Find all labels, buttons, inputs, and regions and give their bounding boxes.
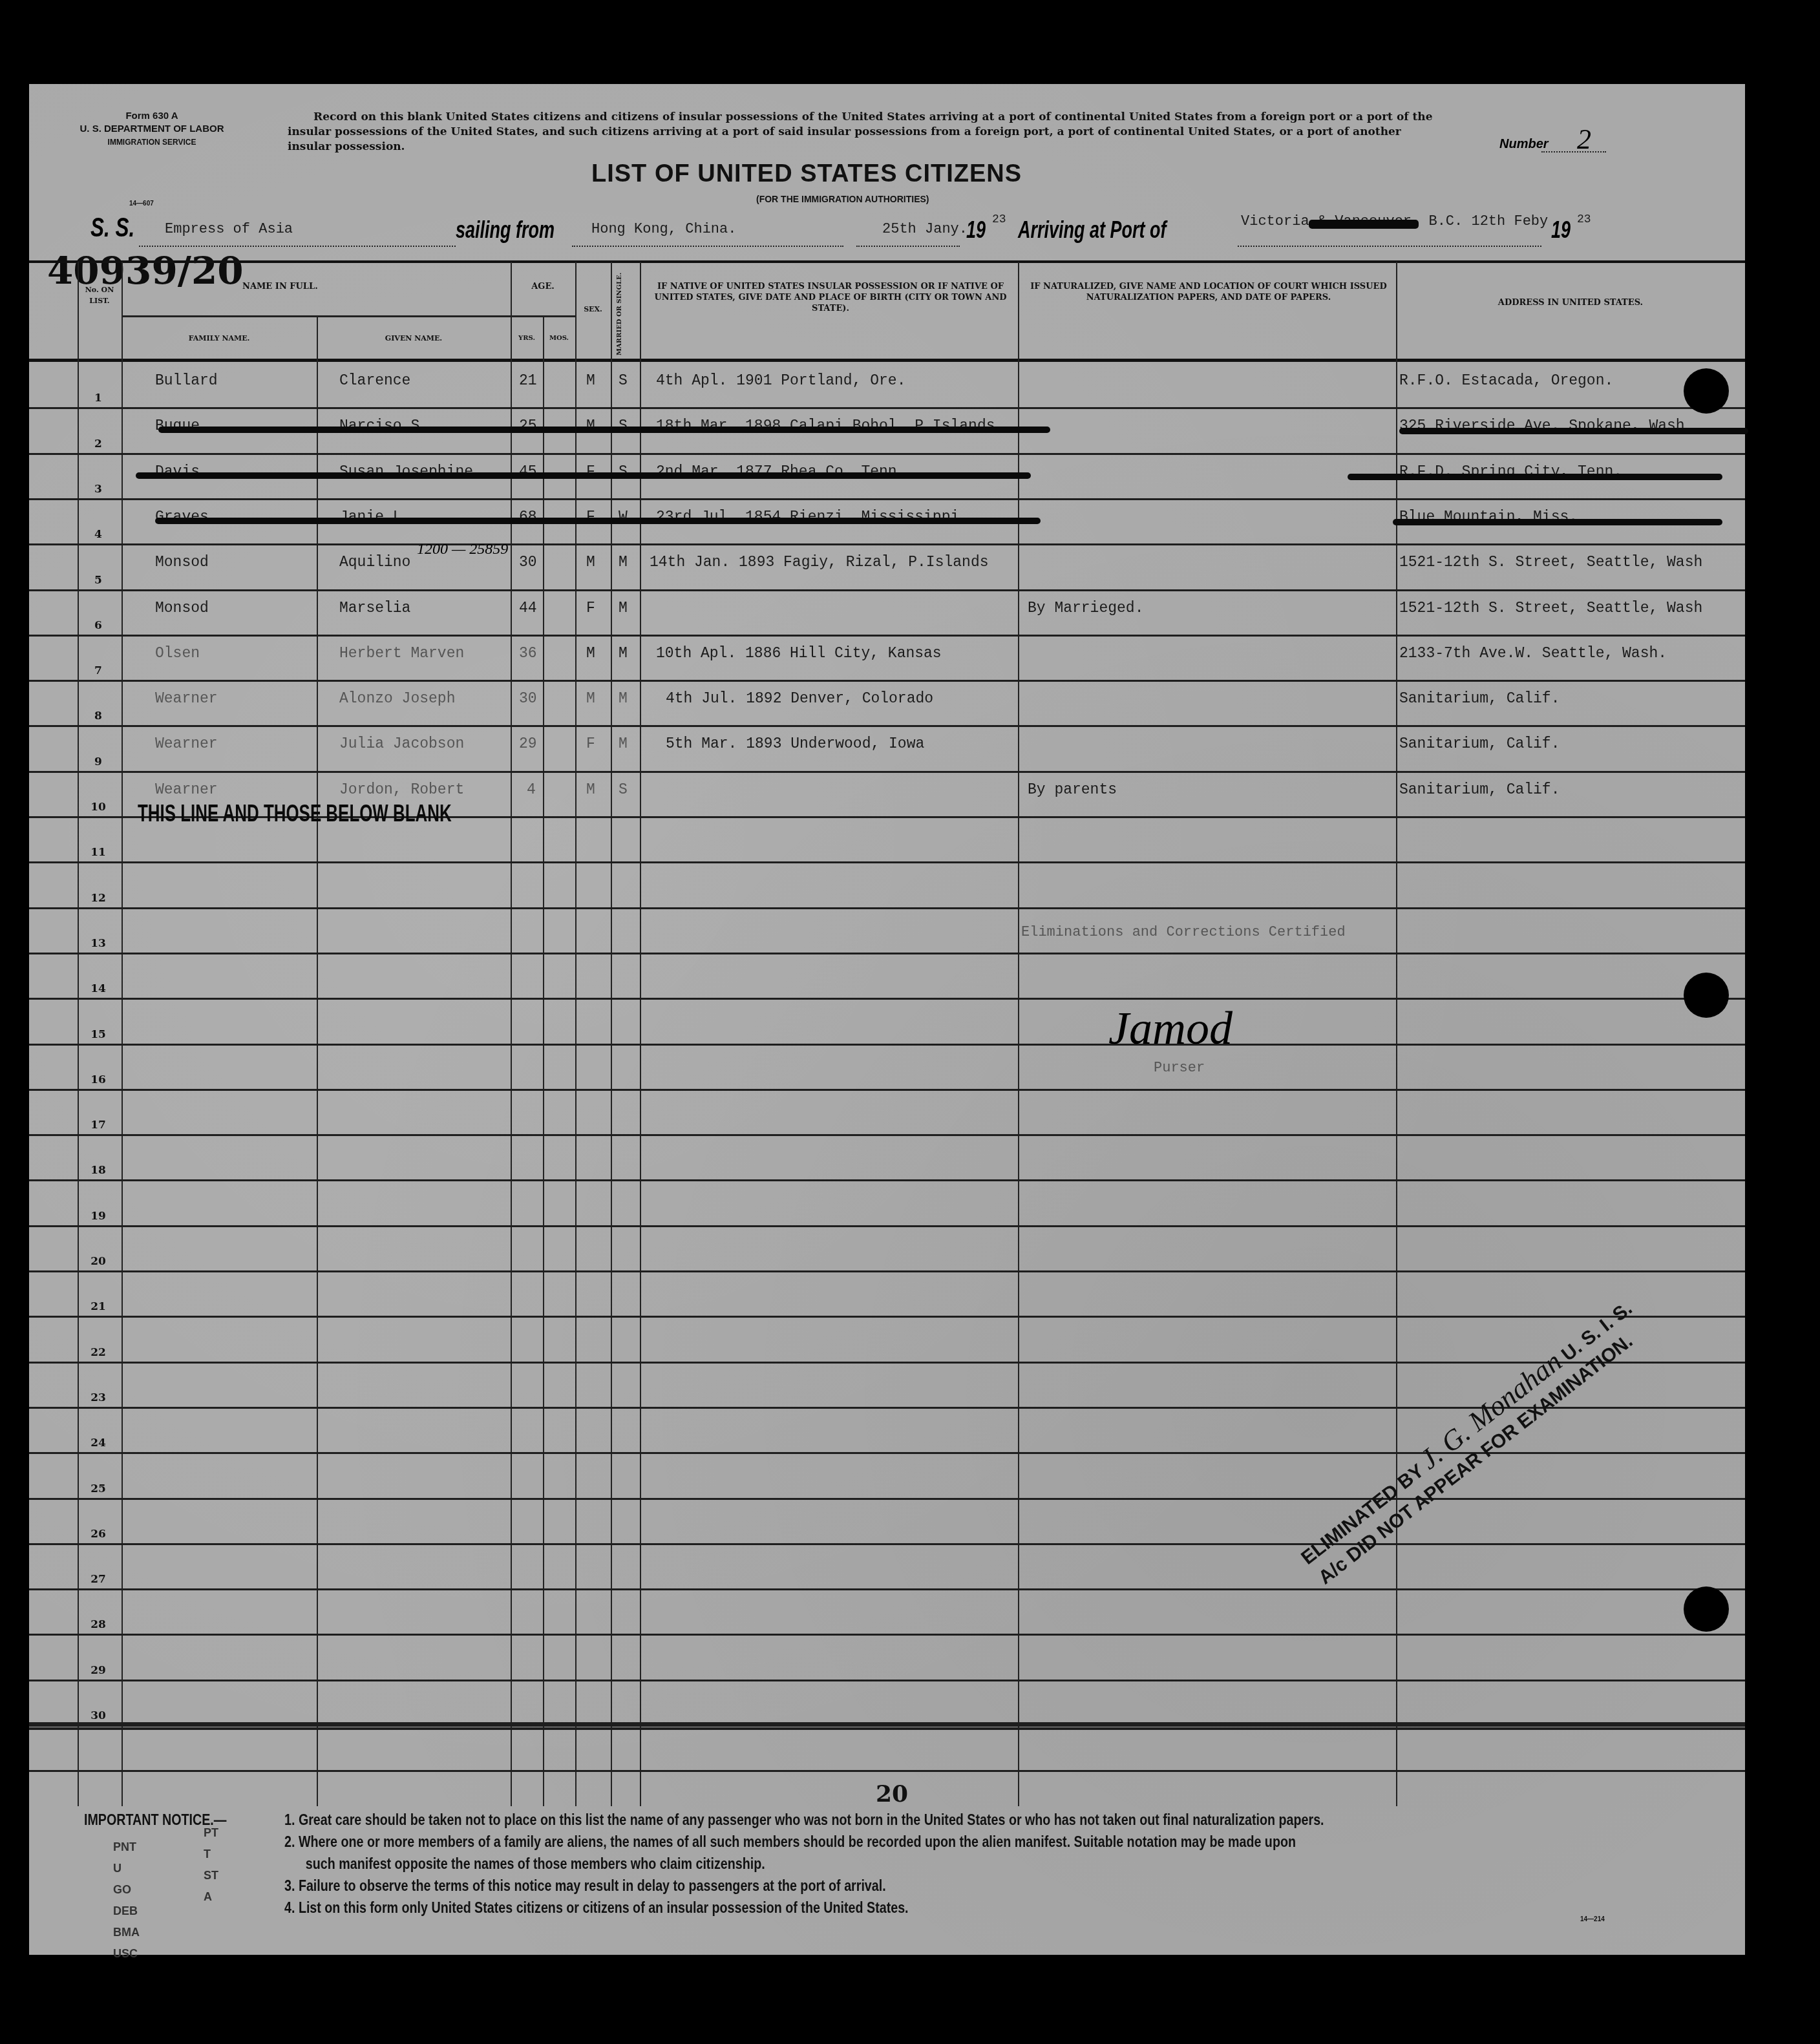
table-row: Monsod Aquilino 1200 — 25859 30 M M 14th… <box>29 547 1745 586</box>
page-number: 20 <box>876 1780 908 1807</box>
row-divider <box>29 1134 1745 1136</box>
arrival-year-prefix: 19 <box>1551 216 1571 244</box>
row-divider <box>29 725 1745 727</box>
table-row-struck: Graves Janie L. 68 F W 23rd Jul. 1854 Ri… <box>29 502 1745 541</box>
code-st: ST <box>204 1865 218 1886</box>
marital-status: S <box>619 781 628 798</box>
family-name: Wearner <box>155 781 218 798</box>
given-name: Jordon, Robert <box>339 781 464 798</box>
marital-status: S <box>619 372 628 389</box>
age: 30 <box>519 554 537 571</box>
check-codes-left: PNT U GO DEB BMA USC <box>113 1837 140 1965</box>
header-given-name: GIVEN NAME. <box>317 333 511 344</box>
strikeout-line <box>155 518 1041 524</box>
header-name-in-full: NAME IN FULL. <box>242 281 318 292</box>
sailing-from-label: sailing from <box>456 216 555 244</box>
address: Sanitarium, Calif. <box>1399 690 1560 707</box>
row-divider <box>29 1543 1745 1545</box>
purser-label: Purser <box>1154 1060 1205 1076</box>
age: 36 <box>519 645 537 662</box>
marital-status: M <box>619 600 628 616</box>
row-divider <box>29 1089 1745 1091</box>
row-number: 12 <box>79 892 118 905</box>
purser-signature: Jamod <box>1108 1002 1233 1055</box>
check-codes-right: PT T ST A <box>204 1822 218 1908</box>
row-number: 20 <box>79 1255 118 1268</box>
address: Sanitarium, Calif. <box>1399 735 1560 752</box>
family-name: Wearner <box>155 735 218 752</box>
row-number: 17 <box>79 1119 118 1132</box>
punch-hole <box>1684 368 1729 414</box>
sex: F <box>586 735 595 752</box>
departure-date-line <box>856 246 960 247</box>
header-yrs: YRS. <box>511 333 543 344</box>
ss-label: S. S. <box>90 212 134 243</box>
sex: M <box>586 372 595 389</box>
given-name: Marselia <box>339 600 410 616</box>
notice-3: 3. Failure to observe the terms of this … <box>284 1875 1715 1897</box>
punch-hole <box>1684 1586 1729 1632</box>
strikeout-line <box>1348 474 1722 480</box>
family-name: Olsen <box>155 645 200 662</box>
row-divider <box>29 1498 1745 1500</box>
marital-status: M <box>619 554 628 571</box>
row-divider <box>29 589 1745 591</box>
header-native: IF NATIVE OF UNITED STATES INSULAR POSSE… <box>650 281 1011 314</box>
table-row: Wearner Alonzo Joseph 30 M M 4th Jul. 18… <box>29 684 1745 722</box>
sex: M <box>586 781 595 798</box>
row-divider <box>29 1044 1745 1046</box>
port-from: Hong Kong, China. <box>591 221 736 237</box>
manifest-page: Form 630 A U. S. DEPARTMENT OF LABOR IMM… <box>29 84 1745 1955</box>
marital-status: M <box>619 645 628 662</box>
blank-lines-stamp: THIS LINE AND THOSE BELOW BLANK <box>138 800 452 827</box>
page-subtitle: (FOR THE IMMIGRATION AUTHORITIES) <box>756 194 929 204</box>
family-name: Wearner <box>155 690 218 707</box>
file-number-stamp: 40939/20 <box>47 249 244 293</box>
given-name: Herbert Marven <box>339 645 464 662</box>
arrival-year: 23 <box>1577 213 1591 226</box>
header-mos: MOS. <box>543 333 575 344</box>
address: Sanitarium, Calif. <box>1399 781 1560 798</box>
code-pt: PT <box>204 1822 218 1844</box>
instructions-text: Record on this blank United States citiz… <box>288 110 1438 154</box>
row-number: 25 <box>79 1482 118 1495</box>
table-top-border <box>29 260 1745 263</box>
print-code-top: 14—607 <box>129 200 154 207</box>
table-row: Monsod Marselia 44 F M By Marrieged. 152… <box>29 593 1745 632</box>
marital-status: M <box>619 690 628 707</box>
birth-info: 5th Mar. 1893 Underwood, Iowa <box>666 735 924 752</box>
punch-hole <box>1684 973 1729 1018</box>
row-number: 14 <box>79 982 118 995</box>
birth-info: 4th Jul. 1892 Denver, Colorado <box>666 690 933 707</box>
port-arrival-line <box>1238 246 1541 247</box>
row-divider <box>29 1270 1745 1272</box>
row-number: 11 <box>79 846 118 859</box>
arriving-label: Arriving at Port of <box>1018 216 1167 244</box>
row-number: 21 <box>79 1300 118 1313</box>
department: U. S. DEPARTMENT OF LABOR <box>78 123 226 136</box>
row-number: 28 <box>79 1618 118 1631</box>
row-divider <box>29 635 1745 637</box>
sex: M <box>586 690 595 707</box>
row-divider <box>29 1634 1745 1636</box>
row-divider <box>29 1725 1745 1727</box>
address: 1521-12th S. Street, Seattle, Wash <box>1399 600 1702 616</box>
row-divider <box>29 498 1745 500</box>
code-deb: DEB <box>113 1901 140 1922</box>
strikeout-vancouver <box>1309 220 1419 229</box>
header-naturalized: IF NATURALIZED, GIVE NAME AND LOCATION O… <box>1028 281 1390 303</box>
row-number: 23 <box>79 1391 118 1404</box>
row-divider <box>29 1680 1745 1681</box>
code-u: U <box>113 1858 140 1879</box>
row-divider <box>29 680 1745 682</box>
row-divider <box>29 771 1745 773</box>
row-number: 19 <box>79 1210 118 1223</box>
header-family-name: FAMILY NAME. <box>122 333 317 344</box>
header-no-on-list: No. ON LIST. <box>78 284 121 306</box>
row-number: 29 <box>79 1664 118 1677</box>
code-usc: USC <box>113 1943 140 1965</box>
print-code-bottom: 14—214 <box>1580 1916 1605 1923</box>
departure-year: 23 <box>992 213 1006 226</box>
certification-text: Eliminations and Corrections Certified <box>1021 924 1346 940</box>
row-divider <box>29 1225 1745 1227</box>
birth-info: 4th Apl. 1901 Portland, Ore. <box>656 372 905 389</box>
row-number: 26 <box>79 1528 118 1541</box>
service: IMMIGRATION SERVICE <box>78 136 226 149</box>
given-name: Alonzo Joseph <box>339 690 455 707</box>
age: 44 <box>519 600 537 616</box>
row-divider <box>29 953 1745 954</box>
given-name: Julia Jacobson <box>339 735 464 752</box>
address: 1521-12th S. Street, Seattle, Wash <box>1399 554 1702 571</box>
code-a: A <box>204 1886 218 1908</box>
name-subheader-line <box>122 315 575 317</box>
number-line <box>1541 151 1606 153</box>
marital-status: M <box>619 735 628 752</box>
table-row-struck: Buque Narciso S. 25 M S 18th Mar. 1898 C… <box>29 411 1745 450</box>
family-name: Monsod <box>155 600 209 616</box>
table-bottom-border-2 <box>29 1727 1745 1730</box>
important-notices: 1. Great care should be taken not to pla… <box>284 1809 1715 1919</box>
table-header-bottom-border <box>29 359 1745 362</box>
row-number: 18 <box>79 1164 118 1177</box>
strikeout-line <box>1393 519 1722 525</box>
family-name: Monsod <box>155 554 209 571</box>
row-divider <box>29 1770 1745 1772</box>
notice-2-cont: such manifest opposite the names of thos… <box>284 1853 1715 1875</box>
row-divider <box>29 453 1745 455</box>
notice-2: 2. Where one or more members of a family… <box>284 1831 1715 1853</box>
given-name: Aquilino <box>339 554 410 571</box>
sex: M <box>586 554 595 571</box>
row-number: 24 <box>79 1437 118 1449</box>
form-reference: Form 630 A U. S. DEPARTMENT OF LABOR IMM… <box>78 110 226 149</box>
row-number: 27 <box>79 1573 118 1586</box>
strikeout-line <box>136 472 1031 479</box>
strikeout-line <box>1399 428 1748 434</box>
age: 4 <box>527 781 536 798</box>
row-number: 22 <box>79 1346 118 1359</box>
age: 30 <box>519 690 537 707</box>
row-divider <box>29 407 1745 409</box>
departure-date: 25th Jany. <box>882 221 968 237</box>
table-bottom-border <box>29 1722 1745 1725</box>
row-divider <box>29 998 1745 1000</box>
number-value: 2 <box>1577 123 1591 156</box>
header-married-single: MARRIED OR SINGLE. <box>616 265 623 355</box>
code-t: T <box>204 1844 218 1865</box>
row-divider <box>29 1362 1745 1364</box>
ship-name: Empress of Asia <box>165 221 293 237</box>
table-row-struck: Davis Susan Josephine 45 F S 2nd Mar. 18… <box>29 457 1745 496</box>
form-number: Form 630 A <box>78 110 226 123</box>
did-not-appear-stamp: A/c DID NOT APPEAR FOR EXAMINATION. <box>1315 1331 1637 1589</box>
sex: F <box>586 600 595 616</box>
table-row: Olsen Herbert Marven 36 M M 10th Apl. 18… <box>29 638 1745 677</box>
table-row: Bullard Clarence 21 M S 4th Apl. 1901 Po… <box>29 366 1745 405</box>
birth-info: 14th Jan. 1893 Fagiy, Rizal, P.Islands <box>650 554 989 571</box>
port-from-line <box>572 246 843 247</box>
number-label: Number <box>1499 137 1549 152</box>
departure-year-prefix: 19 <box>966 216 986 244</box>
row-divider <box>29 1316 1745 1318</box>
naturalization-info: By parents <box>1028 781 1117 798</box>
given-name: Clarence <box>339 372 410 389</box>
header-address: ADDRESS IN UNITED STATES. <box>1399 297 1742 308</box>
eliminated-by-stamp: ELIMINATED BY J. G. Monahan U. S. I. S. <box>1292 1291 1638 1571</box>
row-divider <box>29 1179 1745 1181</box>
ship-line <box>139 246 456 247</box>
family-name: Bullard <box>155 372 218 389</box>
row-divider <box>29 861 1745 863</box>
table-row: Wearner Julia Jacobson 29 F M 5th Mar. 1… <box>29 729 1745 768</box>
row-number: 13 <box>79 937 118 950</box>
page-title: LIST OF UNITED STATES CITIZENS <box>591 160 1022 188</box>
age: 29 <box>519 735 537 752</box>
naturalization-info: By Marrieged. <box>1028 600 1143 616</box>
address: 2133-7th Ave.W. Seattle, Wash. <box>1399 645 1667 662</box>
row-number: 15 <box>79 1028 118 1041</box>
address: R.F.O. Estacada, Oregon. <box>1399 372 1613 389</box>
row-number: 16 <box>79 1073 118 1086</box>
strikeout-line <box>158 427 1050 433</box>
row-divider <box>29 907 1745 909</box>
header-age: AGE. <box>511 281 575 292</box>
birth-info: 10th Apl. 1886 Hill City, Kansas <box>656 645 942 662</box>
code-go: GO <box>113 1879 140 1901</box>
notice-1: 1. Great care should be taken not to pla… <box>284 1809 1715 1831</box>
notice-4: 4. List on this form only United States … <box>284 1897 1715 1919</box>
code-bma: BMA <box>113 1922 140 1943</box>
code-pnt: PNT <box>113 1837 140 1858</box>
row-divider <box>29 1588 1745 1590</box>
header-sex: SEX. <box>575 304 611 315</box>
handwritten-annotation: 1200 — 25859 <box>417 541 508 558</box>
sex: M <box>586 645 595 662</box>
row-divider <box>29 543 1745 545</box>
age: 21 <box>519 372 537 389</box>
row-number: 30 <box>79 1709 118 1722</box>
